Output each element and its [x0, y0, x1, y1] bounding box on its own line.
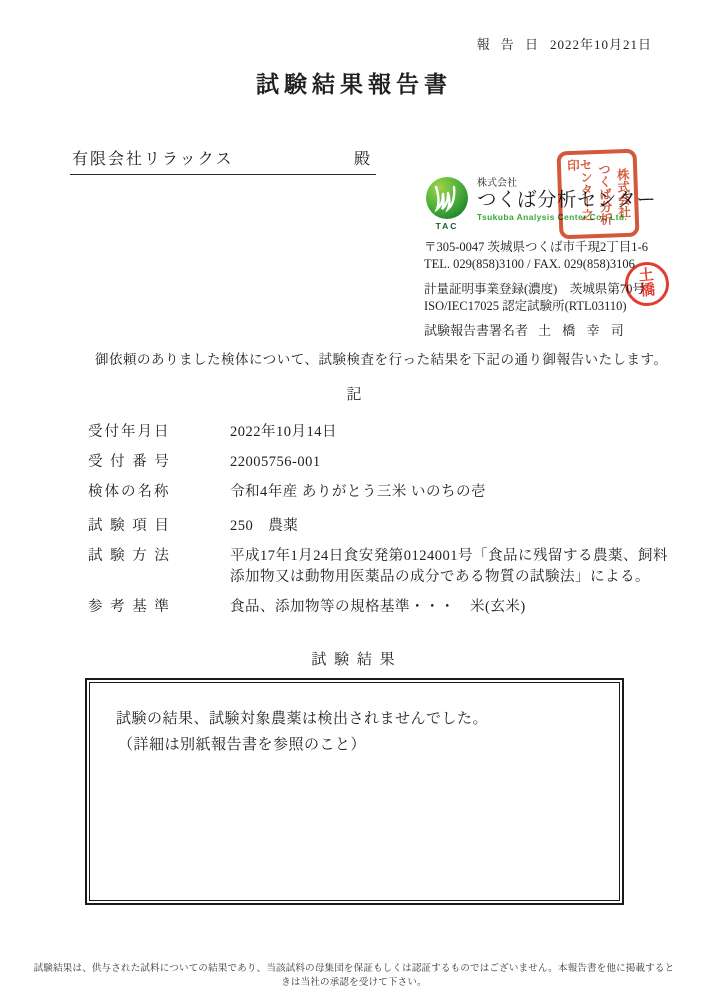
result-line-1: 試験の結果、試験対象農薬は検出されませんでした。	[116, 707, 593, 733]
field-label: 試 験 項 目	[88, 516, 230, 537]
recipient-name: 有限会社リラックス	[72, 146, 234, 169]
recipient-honorific: 殿	[354, 146, 372, 169]
company-seal-stamp: 株式会社 つくば分析 センター之印	[556, 149, 639, 240]
tac-logo: TAC	[424, 176, 470, 233]
field-value: 食品、添加物等の規格基準・・・ 米(玄米)	[230, 597, 672, 618]
field-row-reception-date: 受付年月日 2022年10月14日	[88, 422, 672, 443]
field-value: 平成17年1月24日食安発第0124001号「食品に残留する農薬、飼料 添加物又…	[230, 546, 672, 588]
signer-name: 土 橋 幸 司	[538, 323, 628, 338]
company-seal-col-3: センター之印	[566, 158, 593, 231]
field-row-reference-standard: 参 考 基 準 食品、添加物等の規格基準・・・ 米(玄米)	[88, 597, 672, 618]
company-seal-col-1: 株式会社	[615, 157, 630, 229]
ki-mark: 記	[0, 383, 708, 404]
field-label: 検体の名称	[88, 482, 230, 503]
field-value: 2022年10月14日	[230, 422, 672, 443]
signer-line: 試験報告書署名者土 橋 幸 司	[424, 322, 694, 340]
report-date-value: 2022年10月21日	[550, 37, 652, 52]
field-value: 22005756-001	[230, 452, 672, 473]
field-label: 受 付 番 号	[88, 452, 230, 473]
field-row-test-method: 試 験 方 法 平成17年1月24日食安発第0124001号「食品に残留する農薬…	[88, 546, 672, 588]
field-label: 試 験 方 法	[88, 546, 230, 588]
hanko-char-bottom: 橋	[640, 283, 656, 299]
field-label: 参 考 基 準	[88, 597, 230, 618]
result-box: 試験の結果、試験対象農薬は検出されませんでした。 （詳細は別紙報告書を参照のこと…	[85, 678, 624, 905]
field-list: 受付年月日 2022年10月14日 受 付 番 号 22005756-001 検…	[88, 422, 672, 627]
signer-label: 試験報告書署名者	[424, 323, 528, 338]
field-label: 受付年月日	[88, 422, 230, 443]
page-title: 試験結果報告書	[0, 66, 708, 99]
field-row-sample-name: 検体の名称 令和4年産 ありがとう三米 いのちの壱	[88, 482, 672, 503]
intro-sentence: 御依頼のありました検体について、試験検査を行った結果を下記の通り御報告いたします…	[95, 348, 670, 368]
field-value: 250 農薬	[230, 516, 672, 537]
tac-logo-icon	[425, 176, 469, 220]
report-date: 報 告 日2022年10月21日	[476, 34, 652, 53]
tac-logo-acronym: TAC	[436, 221, 459, 233]
result-line-2: （詳細は別紙報告書を参照のこと）	[116, 733, 593, 759]
result-box-inner: 試験の結果、試験対象農薬は検出されませんでした。 （詳細は別紙報告書を参照のこと…	[89, 682, 620, 901]
field-row-reception-number: 受 付 番 号 22005756-001	[88, 452, 672, 473]
report-page: 報 告 日2022年10月21日 試験結果報告書 有限会社リラックス 殿	[0, 0, 708, 1000]
recipient-line: 有限会社リラックス 殿	[70, 146, 376, 175]
footer-disclaimer: 試験結果は、供与された試料についての結果であり、当該試料の母集団を保証もしくは認…	[30, 960, 678, 988]
result-heading: 試 験 結 果	[0, 648, 708, 669]
field-value: 令和4年産 ありがとう三米 いのちの壱	[230, 482, 672, 503]
report-date-label: 報 告 日	[476, 37, 542, 52]
lab-address: 〒305-0047 茨城県つくば市千現2丁目1-6	[424, 239, 694, 257]
company-seal-col-2: つくば分析	[597, 158, 612, 230]
field-row-test-items: 試 験 項 目 250 農薬	[88, 516, 672, 537]
